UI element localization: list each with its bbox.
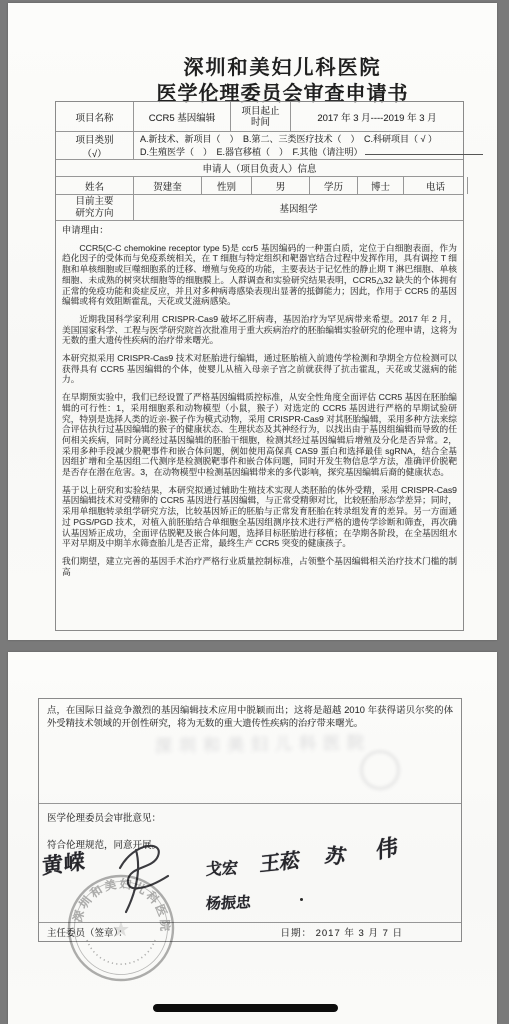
date-value: 2017 年 3 月 7 日 [316,928,403,939]
scanned-page-1: 深圳和美妇儿科医院 医学伦理委员会审查申请书 项目名称 CCR5 基因编辑 项目… [8,3,497,640]
row-applicant-info: 姓名 贺建奎 性别 男 学历 博士 电话 [56,177,463,195]
research-direction-label: 目前主要研究方向 [56,195,134,220]
date-label: 日期： [280,928,312,939]
reason-paragraph: 我们期望，建立完善的基因手术治疗严格行业质量控制标准，占领整个基因编辑相关治疗技… [62,556,457,577]
stamp-serial-dots [87,940,155,964]
hospital-name-title: 深圳和美妇儿科医院 [38,51,509,80]
application-form-table: 项目名称 CCR5 基因编辑 项目起止时间 2017 年 3 月----2019… [55,101,464,631]
project-period-label: 项目起止时间 [231,102,291,131]
project-period-value: 2017 年 3 月----2019 年 3 月 [291,102,463,131]
hospital-round-stamp: 深圳和美妇儿科医院 ★ [65,872,177,984]
project-type-checkmark: （√） [82,146,106,160]
phone-label: 电话 [404,177,468,194]
phone-value [468,177,472,194]
gender-value: 男 [252,177,310,194]
gender-label: 性别 [202,177,252,194]
home-indicator-bar [153,1004,338,1012]
row-research-direction: 目前主要研究方向 基因组学 [56,195,463,221]
star-icon: ★ [112,919,130,941]
reason-paragraph: 近期我国科学家利用 CRISPR-Cas9 破坏乙肝病毒，基因治疗为罕见病带来希… [62,314,457,346]
reason-label: 申请理由： [62,225,109,235]
applicant-section-header: 申请人（项目负责人）信息 [56,160,463,176]
project-type-options: A.新技术、新项目（ ） B.第二、三类医疗技术（ ） C.科研项目（ √ ） … [134,132,463,159]
row-project-name: 项目名称 CCR5 基因编辑 项目起止时间 2017 年 3 月----2019… [56,102,463,132]
other-blank-line [365,146,483,155]
name-value: 贺建奎 [134,177,202,194]
reason-paragraph: 基于以上研究和实验结果，本研究拟通过辅助生殖技术实现人类胚胎的体外受精，采用 C… [62,485,457,549]
closing-paragraph: 点，在国际日益竞争激烈的基因编辑技术应用中脱颖而出；这将是超越 2010 年获得… [47,704,453,730]
research-direction-value: 基因组学 [134,195,463,220]
degree-label: 学历 [310,177,358,194]
project-type-options-line2: D.生殖医学（ ） E.器官移植（ ） F.其他（请注明） [140,146,483,159]
application-reason-text: 申请理由： CCR5(C-C chemokine receptor type 5… [62,225,457,577]
approval-date: 日期： 2017 年 3 月 7 日 [280,925,403,939]
degree-value: 博士 [358,177,404,194]
closing-paragraph-cell: 点，在国际日益竞争激烈的基因编辑技术应用中脱颖而出；这将是超越 2010 年获得… [39,699,461,804]
ink-dot [300,898,303,901]
row-application-reason: 申请理由： CCR5(C-C chemokine receptor type 5… [56,221,463,630]
project-type-label: 项目类别 （√） [56,132,134,159]
row-project-type: 项目类别 （√） A.新技术、新项目（ ） B.第二、三类医疗技术（ ） C.科… [56,132,463,160]
project-name-value: CCR5 基因编辑 [134,102,231,131]
screenshot-root: 深圳和美妇儿科医院 医学伦理委员会审查申请书 项目名称 CCR5 基因编辑 项目… [0,0,509,1024]
scanned-page-2: 深圳和美妇儿科医院 点，在国际日益竞争激烈的基因编辑技术应用中脱颖而出；这将是超… [8,652,497,1024]
name-label: 姓名 [56,177,134,194]
reason-paragraph: 本研究拟采用 CRISPR-Cas9 技术对胚胎进行编辑，通过胚胎植入前遗传学检… [62,353,457,385]
row-applicant-header: 申请人（项目负责人）信息 [56,160,463,177]
project-name-label: 项目名称 [56,102,134,131]
approval-section-title: 医学伦理委员会审批意见： [47,810,453,824]
project-type-options-line1: A.新技术、新项目（ ） B.第二、三类医疗技术（ ） C.科研项目（ √ ） [140,133,437,146]
reason-paragraph: CCR5(C-C chemokine receptor type 5)是 ccr… [62,243,457,307]
reason-paragraph: 在早期预实验中，我们已经设置了严格基因编辑质控标准，从安全性角度全面评估 CCR… [62,392,457,478]
